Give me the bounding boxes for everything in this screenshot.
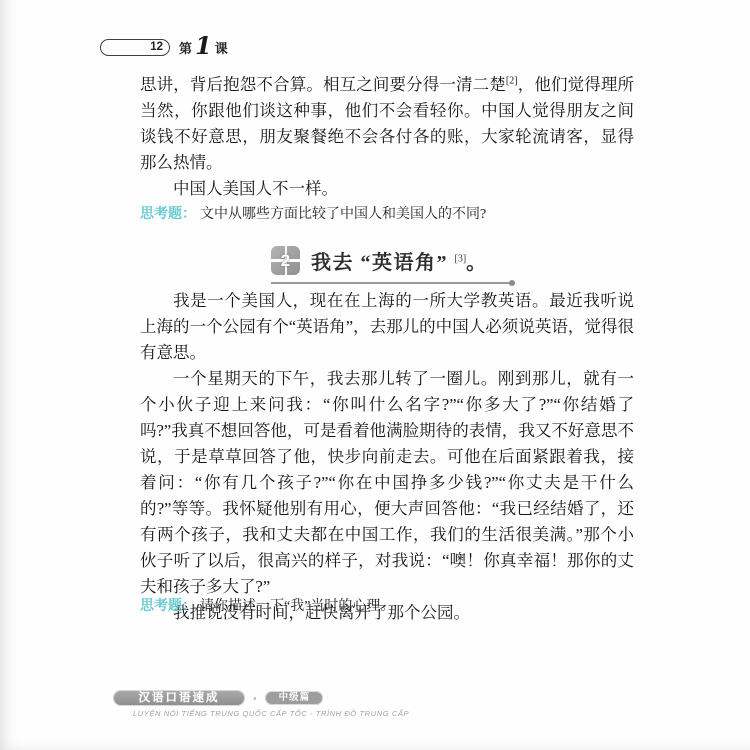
question-1: 思考题：文中从哪些方面比较了中国人和美国人的不同? xyxy=(140,204,634,226)
question-label: 思考题 xyxy=(140,599,182,614)
title-underline xyxy=(271,282,511,284)
paragraph: 中国人美国人不一样。 xyxy=(140,176,634,202)
textbook-page: 12 第 1 课 思讲，背后抱怨不合算。相互之间要分得一清二楚[2]，他们觉得理… xyxy=(0,0,750,750)
lesson-title: 第 1 课 xyxy=(179,36,228,58)
lesson-number: 1 xyxy=(195,36,212,56)
section-number: 2 xyxy=(271,246,300,275)
page-number: 12 xyxy=(150,41,163,53)
question-2: 思考题：请你描述一下“我”当时的心理。 xyxy=(140,596,634,618)
page-number-badge: 12 xyxy=(100,39,170,56)
lesson-prefix: 第 xyxy=(179,38,192,57)
paragraph-text: 思讲，背后抱怨不合算。相互之间要分得一清二楚 xyxy=(140,75,506,94)
section-title: 我去 “英语角” [3]。 xyxy=(311,246,488,275)
reading-passage-1: 思讲，背后抱怨不合算。相互之间要分得一清二楚[2]，他们觉得理所当然，你跟他们谈… xyxy=(140,72,634,202)
series-title-pill: 汉语口语速成 xyxy=(113,690,245,706)
lesson-suffix: 课 xyxy=(215,38,228,57)
paragraph: 思讲，背后抱怨不合算。相互之间要分得一清二楚[2]，他们觉得理所当然，你跟他们谈… xyxy=(140,72,634,176)
section-header-2: 2 我去 “英语角” [3]。 xyxy=(140,245,634,291)
question-colon: ： xyxy=(182,599,196,614)
question-text: 请你描述一下“我”当时的心理。 xyxy=(200,599,394,614)
page-footer: 汉语口语速成 · 中级篇 LUYỆN NÓI TIẾNG TRUNG QUỐC … xyxy=(113,690,513,718)
question-text: 文中从哪些方面比较了中国人和美国人的不同? xyxy=(200,207,486,222)
footer-subtitle-vietnamese: LUYỆN NÓI TIẾNG TRUNG QUỐC CẤP TỐC - TRÌ… xyxy=(133,709,513,718)
section-number-badge: 2 xyxy=(271,246,300,275)
footer-row: 汉语口语速成 · 中级篇 xyxy=(113,690,513,706)
reading-passage-2: 我是一个美国人，现在在上海的一所大学教英语。最近我听说上海的一个公园有个“英语角… xyxy=(140,288,634,626)
question-label: 思考题 xyxy=(140,207,182,222)
footnote-marker-3: [3] xyxy=(455,253,467,264)
footer-separator-dot: · xyxy=(253,691,257,706)
paragraph: 我是一个美国人，现在在上海的一所大学教英语。最近我听说上海的一个公园有个“英语角… xyxy=(140,288,634,366)
section-title-text: 我去 “英语角” xyxy=(311,252,455,274)
footnote-marker-2: [2] xyxy=(506,76,518,87)
paragraph: 一个星期天的下午，我去那儿转了一圈儿。刚到那儿，就有一个小伙子迎上来问我：“你叫… xyxy=(140,366,634,600)
section-title-period: 。 xyxy=(466,252,488,274)
volume-title-pill: 中级篇 xyxy=(265,691,323,705)
question-colon: ： xyxy=(182,207,196,222)
page-header: 12 第 1 课 xyxy=(100,36,228,58)
